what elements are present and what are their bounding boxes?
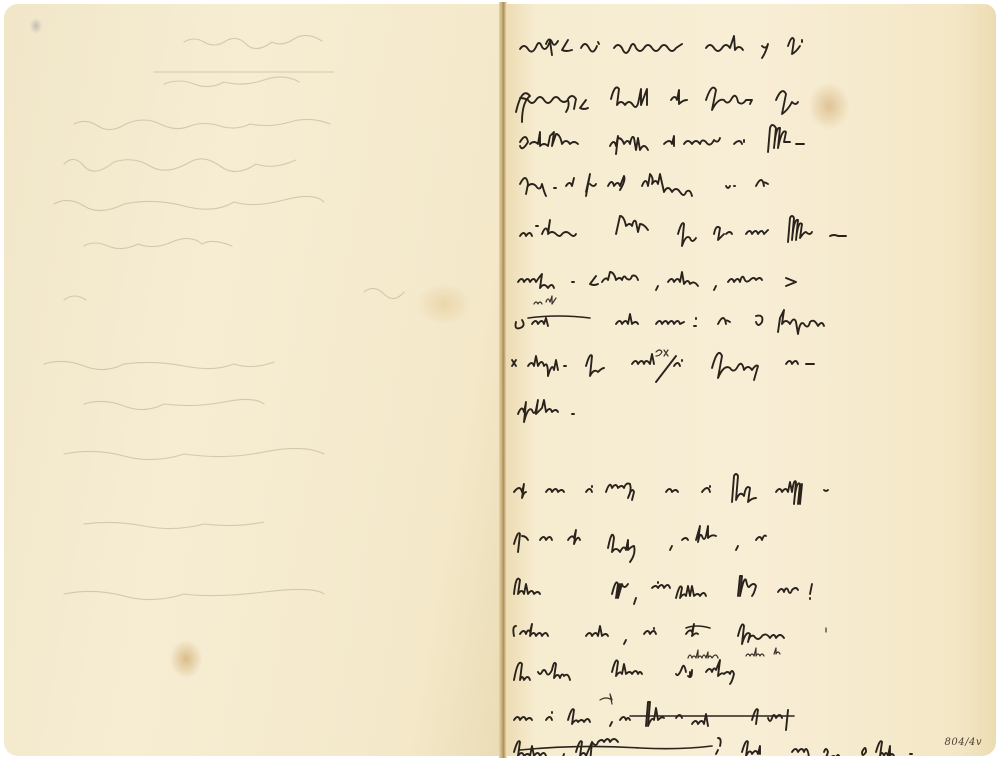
handwritten-line — [514, 702, 794, 730]
handwritten-line — [520, 36, 802, 58]
handwritten-line — [518, 400, 574, 422]
handwritten-line — [520, 174, 768, 196]
handwritten-text — [506, 4, 996, 756]
interlinear-insertion — [688, 648, 780, 658]
right-page: 804/4v — [506, 4, 996, 756]
handwritten-line — [520, 125, 804, 154]
handwritten-line — [516, 87, 798, 122]
manuscript-spread: 804/4v — [0, 0, 1001, 761]
bleed-through-text — [4, 4, 500, 756]
handwritten-line — [516, 310, 825, 334]
handwritten-line — [513, 624, 826, 644]
handwritten-line — [514, 526, 766, 562]
handwritten-line — [514, 576, 812, 604]
handwritten-line — [514, 660, 734, 684]
handwritten-line — [514, 694, 912, 756]
handwritten-line — [512, 350, 814, 382]
interlinear-insertion — [534, 296, 556, 304]
folio-number-label: 804/4v — [945, 737, 982, 748]
handwritten-line — [520, 216, 846, 246]
left-page — [4, 4, 500, 756]
handwritten-line — [518, 272, 796, 290]
handwritten-line — [514, 474, 828, 504]
